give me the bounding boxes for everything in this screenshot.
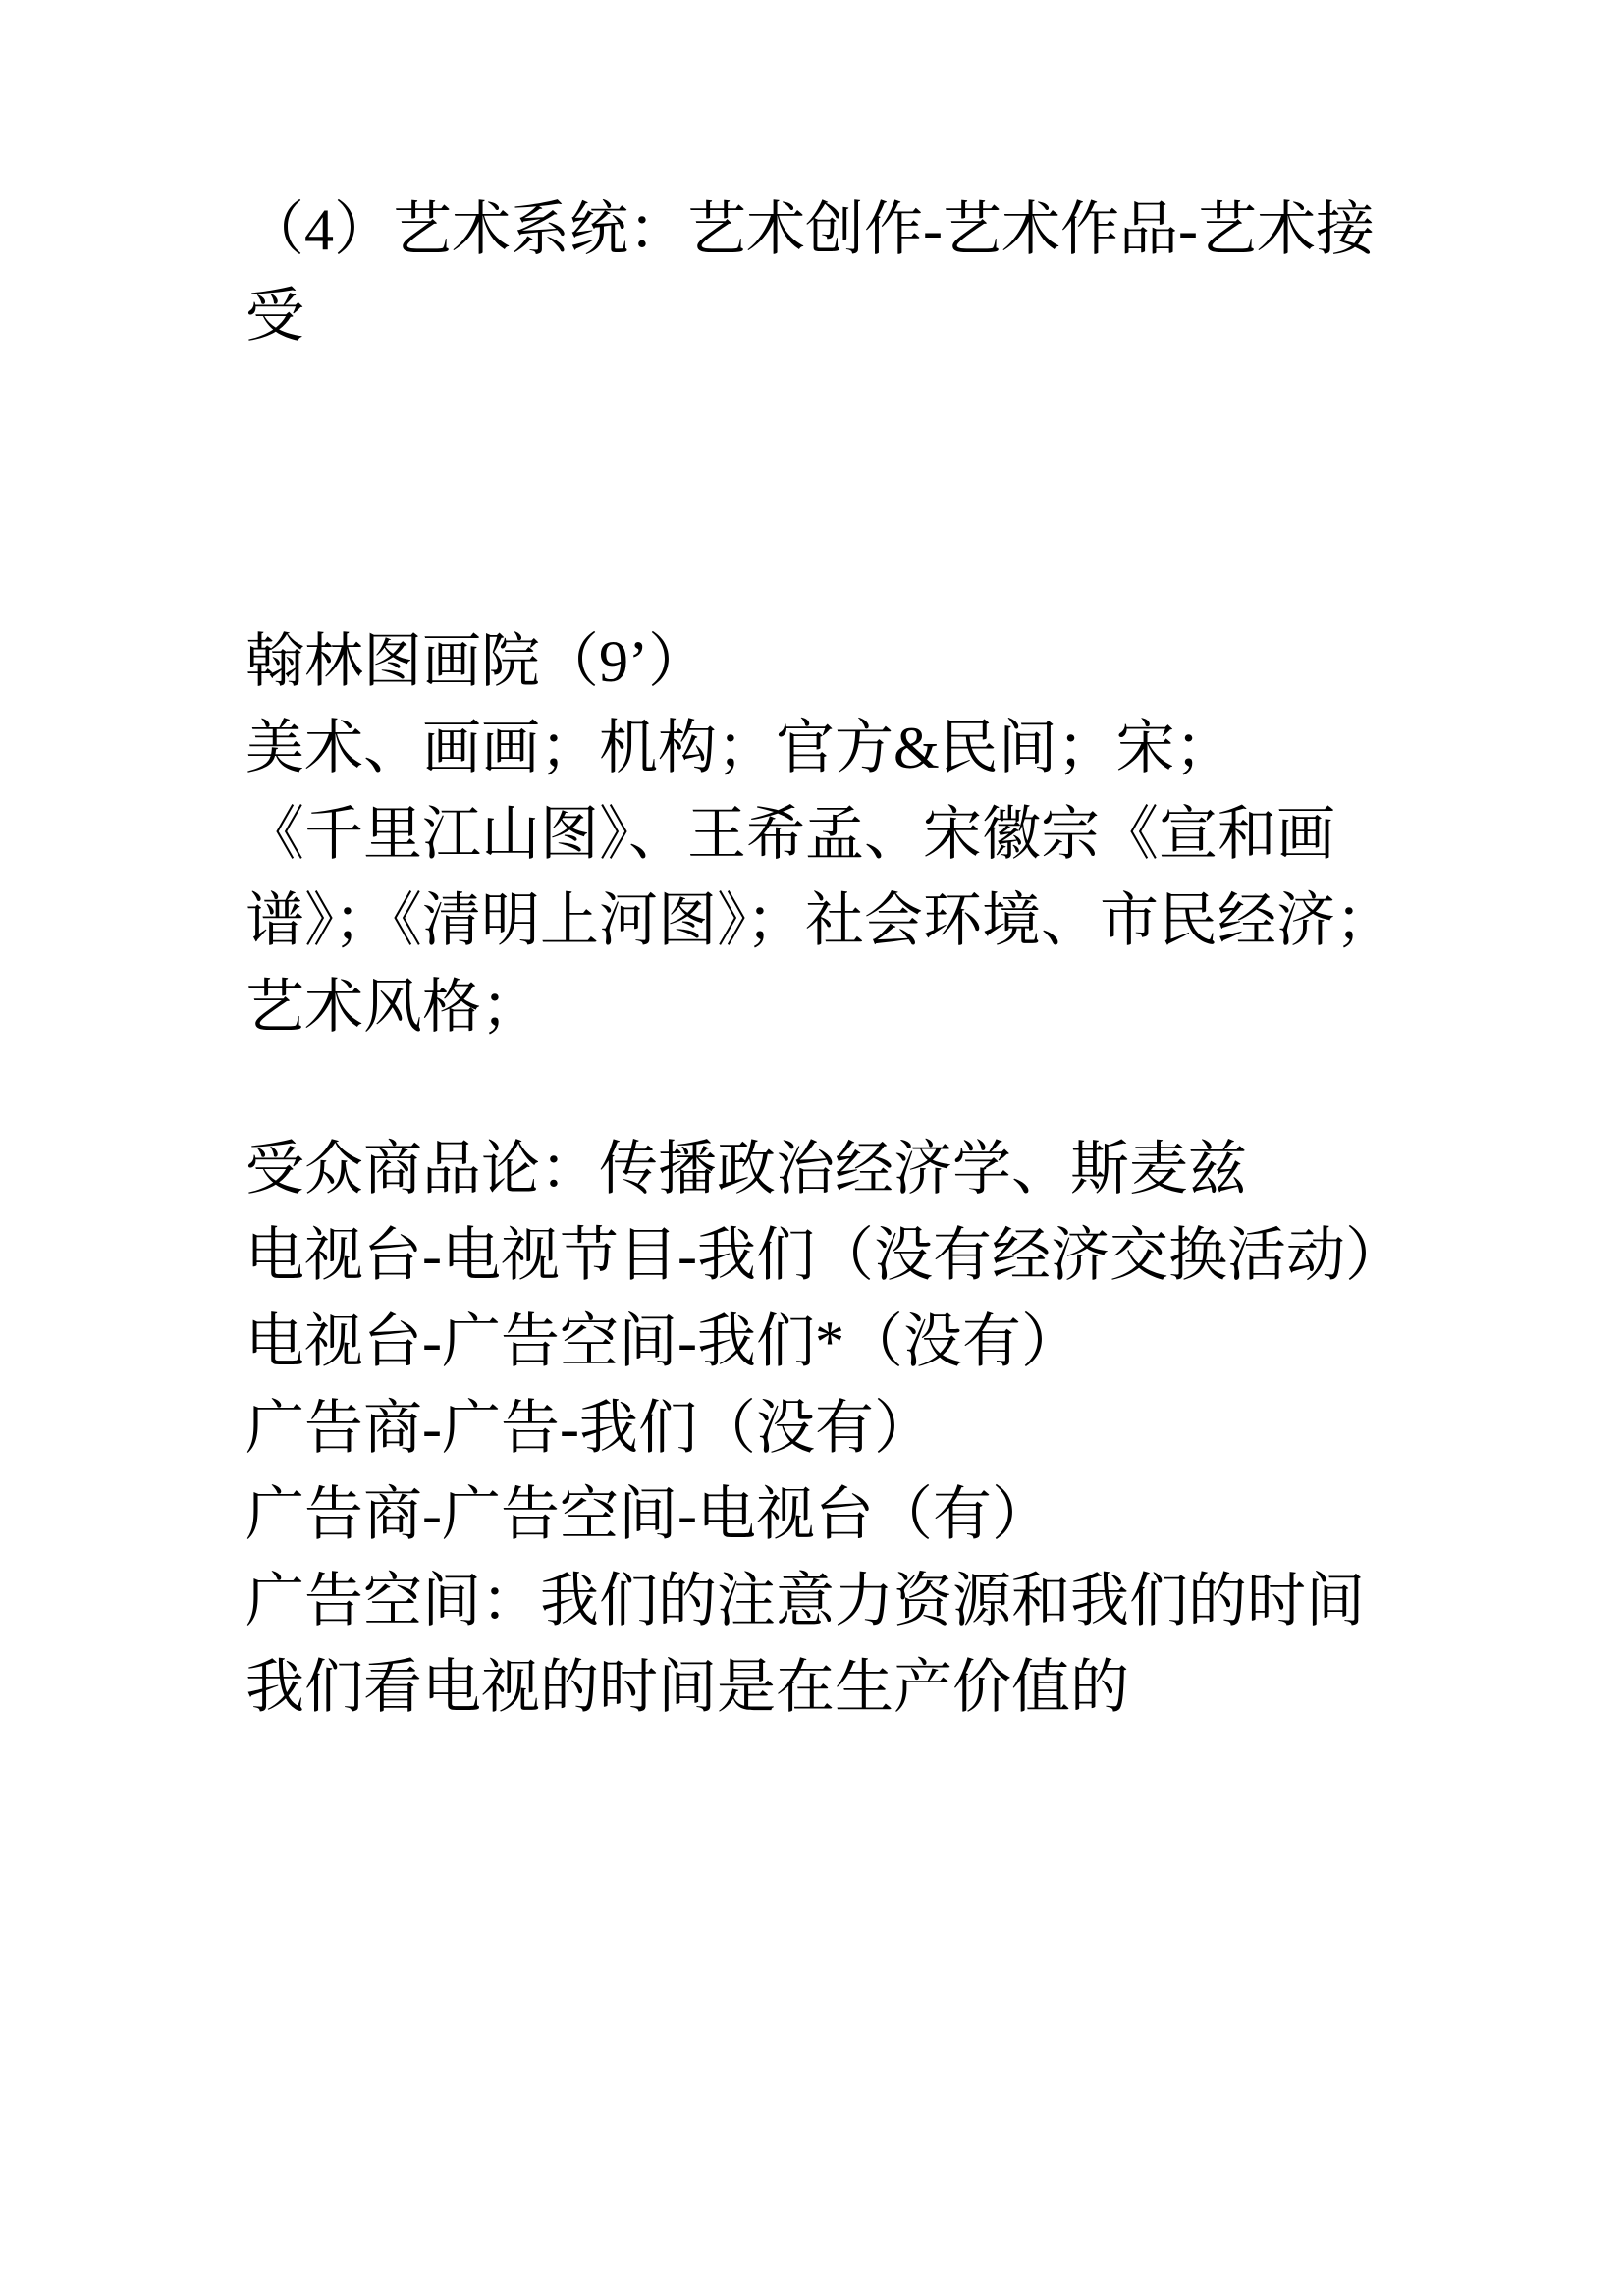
text-block: （4）艺术系统：艺术创作-艺术作品-艺术接 受 翰林图画院（9’） 美术、画画；…	[245, 187, 1483, 1731]
line-tv-program: 电视台-电视节目-我们（没有经济交换活动）	[245, 1212, 1483, 1299]
line-advertiser-ad: 广告商-广告-我们（没有）	[245, 1385, 1483, 1471]
paragraph-audience-commodity: 受众商品论：传播政治经济学、斯麦兹 电视台-电视节目-我们（没有经济交换活动） …	[245, 1126, 1483, 1731]
line-adspace-definition: 广告空间：我们的注意力资源和我们的时间	[245, 1558, 1483, 1644]
line-hanlin-keywords: 美术、画画；机构；官方&民间；宋；	[245, 705, 1483, 791]
line-art-system-1: （4）艺术系统：艺术创作-艺术作品-艺术接	[245, 187, 1483, 273]
paragraph-hanlin-academy: 翰林图画院（9’） 美术、画画；机构；官方&民间；宋； 《千里江山图》、王希孟、…	[245, 618, 1483, 1050]
line-watching-tv-value: 我们看电视的时间是在生产价值的	[245, 1644, 1483, 1731]
line-hanlin-style: 艺术风格；	[245, 964, 1483, 1050]
paragraph-art-system: （4）艺术系统：艺术创作-艺术作品-艺术接 受	[245, 187, 1483, 359]
line-hanlin-paintings-1: 《千里江山图》、王希孟、宋徽宗《宣和画	[245, 791, 1483, 878]
line-art-system-2: 受	[245, 273, 1483, 359]
line-hanlin-title: 翰林图画院（9’）	[245, 618, 1483, 705]
line-advertiser-adspace: 广告商-广告空间-电视台（有）	[245, 1471, 1483, 1558]
line-tv-adspace: 电视台-广告空间-我们*（没有）	[245, 1299, 1483, 1385]
line-hanlin-paintings-2: 谱》；《清明上河图》；社会环境、市民经济；	[245, 878, 1483, 964]
document-page: （4）艺术系统：艺术创作-艺术作品-艺术接 受 翰林图画院（9’） 美术、画画；…	[0, 0, 1624, 2296]
line-audience-title: 受众商品论：传播政治经济学、斯麦兹	[245, 1126, 1483, 1212]
